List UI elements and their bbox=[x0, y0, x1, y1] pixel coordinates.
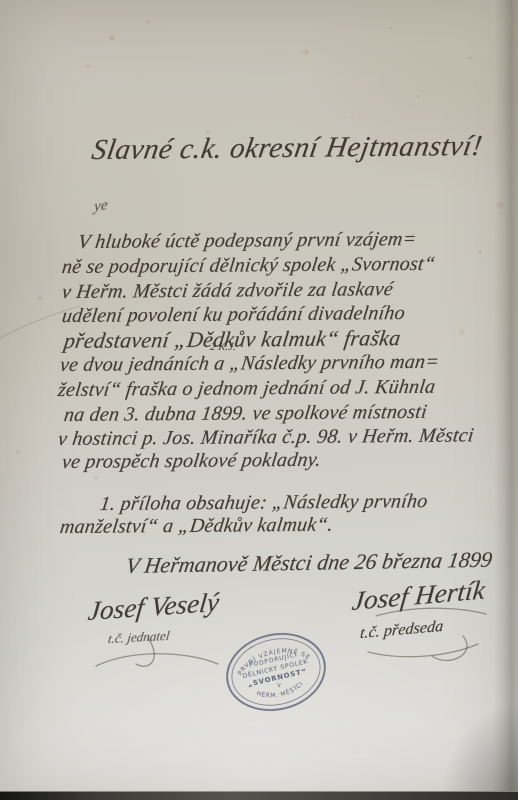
body-line-10: ve prospěch spolkové pokladny. bbox=[60, 449, 322, 474]
stamp-line-5: V bbox=[277, 683, 282, 690]
stamp-svg: PRVNÍ VZÁJEMNĚ SE PODPORUJÍCÍ DĚLNICKÝ S… bbox=[216, 621, 335, 722]
body-line-4: udělení povolení ku pořádání divadelního bbox=[60, 302, 406, 328]
superscript-note: 2 K.J. bbox=[209, 341, 237, 353]
attachment-line-1: 1. příloha obsahuje: „Následky prvního bbox=[98, 490, 428, 516]
attachment-line-2: manželství“ a „Dědkův kalmuk“. bbox=[58, 514, 334, 539]
photo-bottom-edge bbox=[0, 791, 518, 800]
document-photo: Slavné c.k. okresní Hejtmanství! ye V hl… bbox=[0, 0, 518, 800]
body-line-3: v Heřm. Městci žádá zdvořile za laskavé bbox=[60, 278, 394, 304]
signature-right-name: Josef Hertík bbox=[350, 575, 486, 617]
body-line-8: na den 3. dubna 1899. ve spolkové místno… bbox=[62, 401, 428, 427]
body-line-9: v hostinci p. Jos. Minaříka č.p. 98. v H… bbox=[56, 424, 475, 451]
signature-right-title: t.č. předseda bbox=[359, 618, 444, 643]
body-line-6: ve dvou jednáních a „Následky prvního ma… bbox=[58, 351, 440, 377]
paper-edge-shadow-right bbox=[494, 0, 518, 800]
paper-corner-shadow bbox=[428, 670, 518, 800]
paraph-stroke bbox=[432, 636, 467, 660]
paraph-stroke bbox=[96, 654, 218, 666]
body-line-7: želství“ fraška o jednom jednání od J. K… bbox=[56, 376, 436, 402]
body-line-2: ně se podporující dělnický spolek „Svorn… bbox=[60, 253, 436, 279]
paraph-stroke bbox=[368, 644, 478, 657]
body-line-1: V hluboké úctě podepsaný první vzájem= bbox=[76, 228, 417, 254]
letter-heading: Slavné c.k. okresní Hejtmanství! bbox=[89, 130, 485, 167]
signature-left-name: Josef Veselý bbox=[86, 587, 220, 627]
club-stamp: PRVNÍ VZÁJEMNĚ SE PODPORUJÍCÍ DĚLNICKÝ S… bbox=[216, 621, 335, 722]
date-line: V Heřmanově Městci dne 26 března 1899 bbox=[124, 547, 494, 579]
signature-left-title: t.č. jednatel bbox=[107, 628, 170, 647]
insertion-mark: ye bbox=[93, 197, 108, 216]
